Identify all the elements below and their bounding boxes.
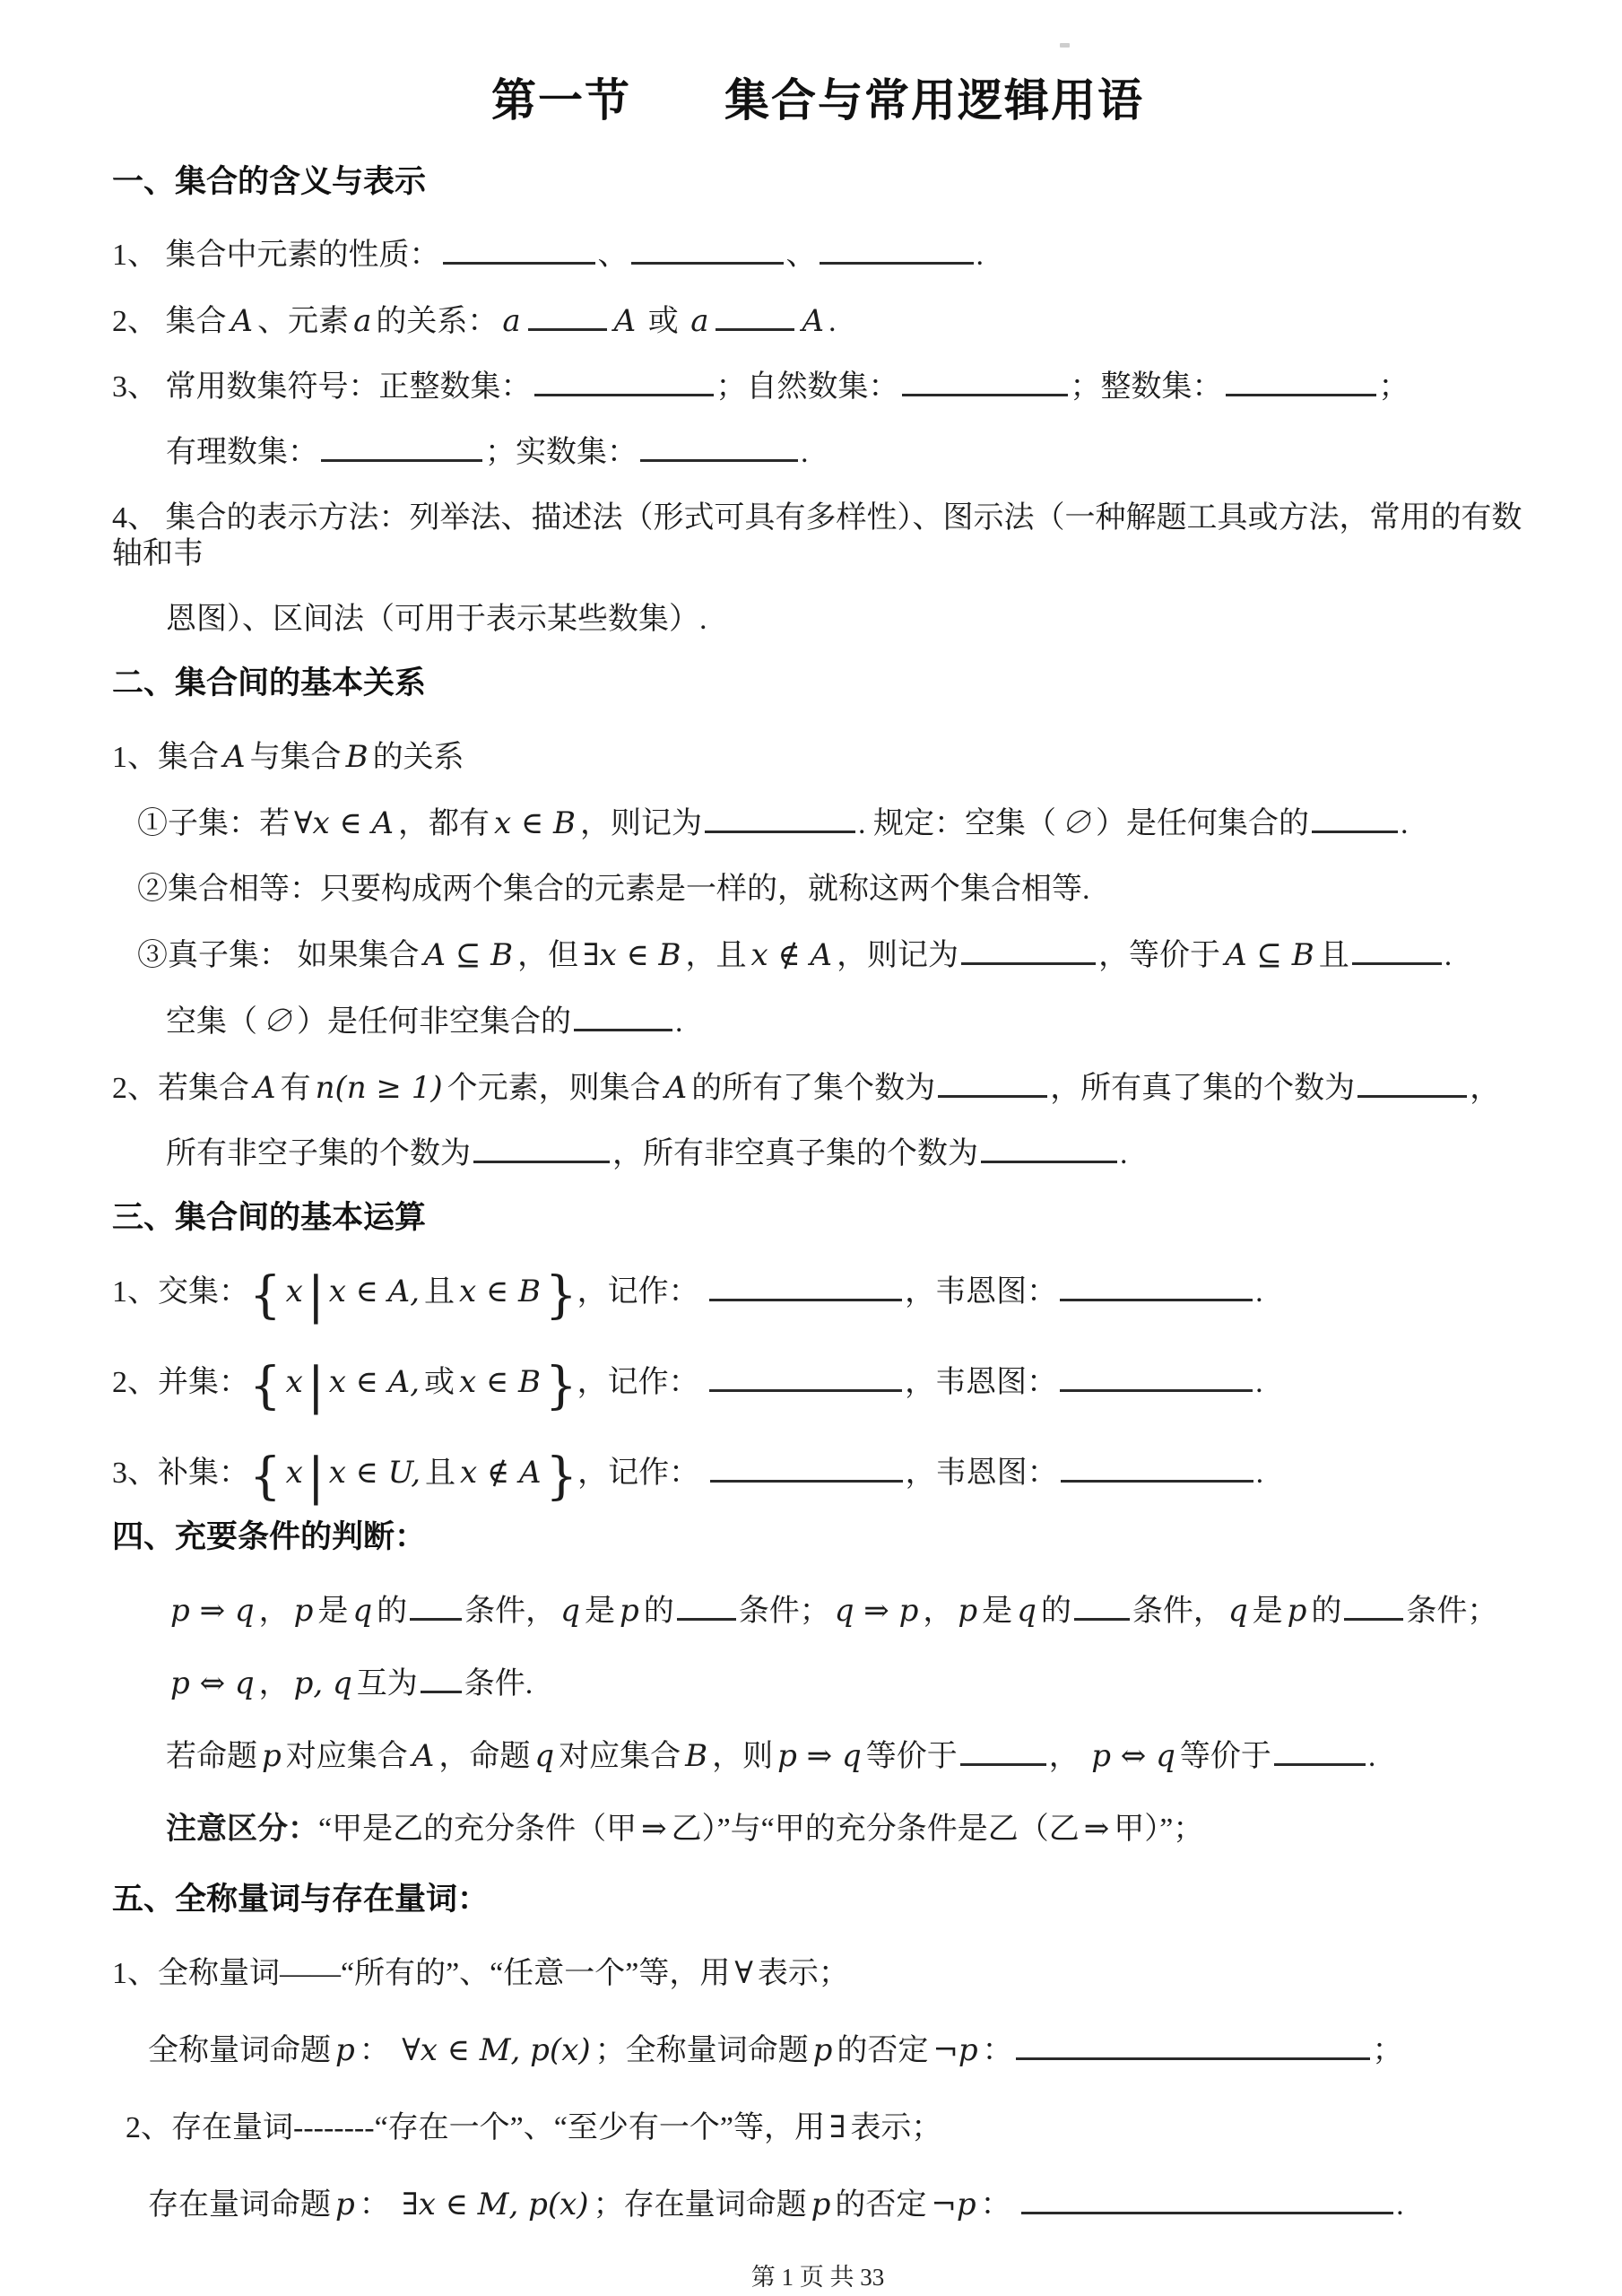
fill-in-blank	[410, 1607, 462, 1621]
math-run: ⇒	[637, 1811, 672, 1847]
math-run: x ∈ B	[455, 1274, 545, 1309]
math-run: ∃x ∈ M, p(x)	[397, 2187, 593, 2222]
worksheet-line: 2、并集：{x|x ∈ A,或x ∈ B}，记作： ，韦恩图：.	[112, 1364, 1523, 1401]
text-run: ，记作：	[577, 1275, 707, 1309]
worksheet-line: ②集合相等：只要构成两个集合的元素是一样的，就称这两个集合相等.	[137, 872, 1523, 908]
text-run: ，命题	[438, 1740, 530, 1773]
text-run: 甲）”；	[1114, 1813, 1203, 1846]
text-run: .	[675, 1005, 683, 1039]
set-brace-glyph: {	[249, 1266, 282, 1325]
fill-in-blank	[1312, 820, 1398, 833]
text-run: .	[1444, 939, 1453, 972]
math-run: q	[1012, 1593, 1041, 1629]
text-run: 的关系：	[376, 305, 498, 338]
math-run: ¬p	[928, 2032, 982, 2068]
math-run: p	[331, 2032, 360, 2068]
text-run: ①子集：若	[137, 807, 290, 840]
text-run: 1、全称量词——“所有的”、“任意一个”等，用	[112, 1957, 730, 1990]
math-run: p	[331, 2187, 360, 2222]
section-4: 四、充要条件的判断：p ⇒ q，p是q的条件，q是p的条件；q ⇒ p，p是q的…	[112, 1521, 1523, 1848]
fill-in-blank	[1016, 2047, 1370, 2060]
math-run: a	[498, 303, 525, 339]
fill-in-blank	[961, 952, 1096, 965]
section-heading: 一、集合的含义与表示	[112, 166, 1523, 197]
text-run: 条件.	[464, 1667, 533, 1700]
text-run: 条件，	[464, 1595, 556, 1628]
fill-in-blank	[1226, 383, 1376, 396]
fill-in-blank	[1021, 2201, 1393, 2214]
section-heading: 五、全称量词与存在量词：	[112, 1883, 1523, 1915]
text-run: ，则记为	[580, 807, 702, 840]
worksheet-line: 有理数集：；实数集：.	[166, 435, 1523, 471]
fill-in-blank	[640, 448, 798, 462]
text-run: 存在量词命题	[148, 2188, 331, 2222]
math-run: ∀	[730, 1955, 758, 1991]
math-run: ∀x ∈ A	[290, 805, 398, 841]
text-run: ，都有	[398, 807, 490, 840]
math-run: q ⇒ p	[830, 1593, 924, 1629]
fill-in-blank	[705, 820, 855, 833]
math-run: p	[290, 1593, 318, 1629]
math-run: ∀x ∈ M, p(x)	[397, 2032, 594, 2068]
worksheet-line: 1、 集合中元素的性质：、、.	[112, 238, 1523, 274]
math-run: A	[227, 303, 258, 339]
text-run: ，记作：	[577, 1457, 707, 1490]
text-run: 有	[281, 1072, 311, 1105]
page-title: 第一节 集合与常用逻辑用语	[112, 76, 1523, 126]
text-run: 全称量词命题	[148, 2034, 331, 2067]
section-heading: 二、集合间的基本关系	[112, 667, 1523, 699]
math-run: a	[686, 303, 713, 339]
worksheet-line: 1、集合A与集合B的关系	[112, 739, 1523, 776]
worksheet-line: p ⇔ q，p, q互为条件.	[166, 1665, 1523, 1702]
math-run: ∅	[1056, 805, 1096, 841]
text-run: 条件；	[739, 1595, 830, 1628]
text-run: 且	[425, 1457, 455, 1490]
text-run: 是	[982, 1595, 1012, 1628]
worksheet-line: 2、 集合A、元素a的关系：aA 或 aA.	[112, 303, 1523, 340]
math-run: p ⇒ q	[773, 1738, 866, 1774]
set-brace-glyph: }	[546, 1448, 578, 1506]
text-run: 空集（	[166, 1005, 257, 1039]
text-run: 且	[1319, 939, 1349, 972]
text-run: 2、若集合	[112, 1072, 249, 1105]
math-run: x ∈ A,	[325, 1364, 424, 1400]
text-run: 1、 集合中元素的性质：	[112, 239, 440, 272]
math-run: p ⇒ q	[166, 1593, 259, 1629]
set-brace-glyph: |	[308, 1266, 325, 1325]
fill-in-blank	[938, 1084, 1047, 1098]
section-5: 五、全称量词与存在量词：1、全称量词——“所有的”、“任意一个”等，用∀表示；全…	[112, 1883, 1523, 2223]
math-run: q	[1224, 1593, 1253, 1629]
math-run: x ∈ B	[455, 1364, 545, 1400]
text-run: ，韦恩图：	[905, 1275, 1057, 1309]
text-run: ，记作：	[577, 1366, 707, 1399]
fill-in-blank	[960, 1752, 1046, 1766]
text-run: 个元素，则集合	[447, 1072, 661, 1105]
worksheet-line: 2、存在量词--------“存在一个”、“至少有一个”等，用∃表示；	[126, 2109, 1523, 2146]
fill-in-blank	[710, 1469, 903, 1483]
section-1: 一、集合的含义与表示1、 集合中元素的性质：、、.2、 集合A、元素a的关系：a…	[112, 166, 1523, 638]
math-run: q	[530, 1738, 559, 1774]
fill-in-blank	[709, 1378, 902, 1392]
math-run: x ∈ B	[490, 805, 580, 841]
worksheet-line: 注意区分：“甲是乙的充分条件（甲⇒乙）”与“甲的充分条件是乙（乙⇒甲）”；	[166, 1811, 1523, 1848]
text-run: ，则记为	[837, 939, 958, 972]
fill-in-blank	[902, 383, 1068, 396]
math-run: B	[681, 1738, 712, 1774]
text-run: ；自然数集：	[716, 370, 899, 404]
page-content: 第一节 集合与常用逻辑用语 一、集合的含义与表示1、 集合中元素的性质：、、.2…	[0, 0, 1622, 2291]
text-run: 是	[1253, 1595, 1283, 1628]
text-run: .	[1396, 2188, 1404, 2222]
worksheet-line: ①子集：若∀x ∈ A，都有x ∈ B，则记为. 规定：空集（∅）是任何集合的.	[137, 805, 1523, 842]
text-run: 条件，	[1132, 1595, 1224, 1628]
set-brace-glyph: {	[249, 1357, 282, 1415]
worksheet-line: 全称量词命题p： ∀x ∈ M, p(x)；全称量词命题p的否定¬p：；	[148, 2032, 1523, 2069]
smudge-mark	[1060, 43, 1070, 48]
math-run: p	[615, 1593, 644, 1629]
text-run: 的	[377, 1595, 407, 1628]
text-run: .	[801, 436, 809, 469]
worksheet-line: 2、若集合A有n(n ≥ 1)个元素，则集合A的所有了集个数为，所有真了集的个数…	[112, 1070, 1523, 1107]
worksheet-line: 4、 集合的表示方法：列举法、描述法（形式可具有多样性）、图示法（一种解题工具或…	[112, 500, 1523, 572]
text-run: ，韦恩图：	[905, 1366, 1057, 1399]
text-run: .	[1256, 1457, 1264, 1490]
math-run: A ⊆ B	[1220, 937, 1319, 973]
text-run: 若命题	[166, 1740, 257, 1773]
text-run: ；整数集：	[1071, 370, 1223, 404]
set-brace-glyph: }	[545, 1357, 577, 1415]
math-run: p ⇔ q	[166, 1665, 259, 1701]
text-run: 的	[644, 1595, 674, 1628]
fill-in-blank	[443, 251, 595, 265]
fill-in-blank	[421, 1680, 462, 1693]
math-run: B	[342, 739, 373, 775]
text-run: 或	[640, 305, 686, 338]
math-run: A	[610, 303, 641, 339]
math-run: q	[556, 1593, 585, 1629]
text-run: ，	[1049, 1740, 1088, 1773]
text-run: .	[1255, 1275, 1263, 1309]
text-run: ，	[923, 1595, 953, 1628]
math-run: A ⊆ B	[420, 937, 518, 973]
set-brace-glyph: {	[249, 1448, 282, 1506]
math-run: x ∉ A	[747, 937, 837, 973]
text-run: 的关系	[373, 741, 464, 774]
fill-in-blank	[677, 1607, 736, 1621]
bold-run: 注意区分：	[166, 1812, 318, 1846]
section-2: 二、集合间的基本关系1、集合A与集合B的关系①子集：若∀x ∈ A，都有x ∈ …	[112, 667, 1523, 1172]
text-run: 对应集合	[286, 1740, 408, 1773]
worksheet-line: ③真子集： 如果集合A ⊆ B，但∃x ∈ B，且x ∉ A，则记为，等价于A …	[137, 937, 1523, 974]
text-run: 4、 集合的表示方法：列举法、描述法（形式可具有多样性）、图示法（一种解题工具或…	[112, 501, 1522, 570]
text-run: 3、 常用数集符号：正整数集：	[112, 370, 532, 404]
worksheet-line: 若命题p对应集合A，命题q对应集合B，则p ⇒ q等价于， p ⇔ q等价于.	[166, 1738, 1523, 1775]
text-run: 等价于	[866, 1740, 958, 1773]
worksheet-line: 3、 常用数集符号：正整数集：；自然数集：；整数集：；	[112, 370, 1523, 405]
text-run: 对应集合	[559, 1740, 681, 1773]
text-run: 或	[424, 1366, 455, 1399]
math-run: p	[1283, 1593, 1312, 1629]
math-run: p	[953, 1593, 982, 1629]
text-run: 是	[585, 1595, 615, 1628]
section-heading: 四、充要条件的判断：	[112, 1521, 1523, 1552]
text-run: 是	[317, 1595, 348, 1628]
text-run: ，但	[517, 939, 578, 972]
text-run: 的	[1041, 1595, 1071, 1628]
text-run: ：	[360, 2034, 398, 2067]
text-run: ，所有真了集的个数为	[1050, 1072, 1355, 1105]
worksheet-sections: 一、集合的含义与表示1、 集合中元素的性质：、、.2、 集合A、元素a的关系：a…	[112, 166, 1523, 2223]
text-run: . 规定：空集（	[858, 807, 1056, 840]
section-3: 三、集合间的基本运算1、交集：{x|x ∈ A,且x ∈ B}，记作： ，韦恩图…	[112, 1202, 1523, 1492]
fill-in-blank	[534, 383, 714, 396]
text-run: .	[1368, 1740, 1376, 1773]
fill-in-blank	[574, 1018, 672, 1031]
text-run: ；	[1373, 2034, 1403, 2067]
worksheet-line: 1、全称量词——“所有的”、“任意一个”等，用∀表示；	[112, 1955, 1523, 1992]
text-run: 的否定	[837, 2034, 928, 2067]
fill-in-blank	[1357, 1084, 1467, 1098]
math-run: A	[661, 1070, 692, 1106]
math-run: A	[219, 739, 250, 775]
set-brace-glyph: |	[308, 1357, 325, 1415]
document-page: 第一节 集合与常用逻辑用语 一、集合的含义与表示1、 集合中元素的性质：、、.2…	[0, 0, 1622, 2296]
fill-in-blank	[981, 1150, 1117, 1163]
math-run: x ∉ A	[455, 1455, 546, 1491]
text-run: 1、交集：	[112, 1275, 249, 1309]
math-run: n(n ≥ 1)	[311, 1070, 447, 1106]
text-run: ，	[259, 1667, 290, 1700]
math-run: x ∈ U,	[325, 1455, 425, 1491]
text-run: .	[1255, 1366, 1263, 1399]
math-run: ∃x ∈ B	[578, 937, 685, 973]
text-run: 1、集合	[112, 741, 219, 774]
text-run: 、	[786, 239, 817, 272]
text-run: ③真子集： 如果集合	[137, 939, 420, 972]
math-run: ¬p	[926, 2187, 980, 2222]
math-run: p, q	[290, 1665, 357, 1701]
text-run: 、	[598, 239, 629, 272]
text-run: ，所有非空真子集的个数为	[612, 1137, 978, 1170]
text-run: ）是任何集合的	[1096, 807, 1309, 840]
text-run: 的	[1311, 1595, 1341, 1628]
text-run: 且	[424, 1275, 455, 1309]
text-run: .	[1120, 1137, 1128, 1170]
text-run: .	[828, 305, 837, 338]
text-run: ；存在量词命题	[594, 2188, 807, 2222]
fill-in-blank	[1274, 1752, 1366, 1766]
text-run: 与集合	[250, 741, 342, 774]
worksheet-line: 空集（∅）是任何非空集合的.	[166, 1004, 1523, 1040]
math-run: A	[797, 303, 828, 339]
text-run: ：	[983, 2034, 1013, 2067]
math-run: ∃	[825, 2109, 850, 2145]
fill-in-blank	[820, 251, 974, 265]
text-run: ，	[1470, 1072, 1500, 1105]
worksheet-line: 存在量词命题p： ∃x ∈ M, p(x)；存在量词命题p的否定¬p： .	[148, 2187, 1523, 2223]
text-run: 恩图）、区间法（可用于表示某些数集）.	[166, 603, 707, 636]
math-run: a	[349, 303, 376, 339]
text-run: ）是任何非空集合的	[297, 1005, 571, 1039]
text-run: 2、 集合	[112, 305, 227, 338]
math-run: x	[282, 1274, 308, 1309]
math-run: q	[348, 1593, 377, 1629]
fill-in-blank	[1074, 1607, 1130, 1621]
text-run: 等价于	[1180, 1740, 1271, 1773]
text-run: 的否定	[835, 2188, 926, 2222]
text-run: 2、并集：	[112, 1366, 249, 1399]
text-run: ，则	[712, 1740, 773, 1773]
text-run: ②集合相等：只要构成两个集合的元素是一样的，就称这两个集合相等.	[137, 873, 1090, 906]
text-run: 条件；	[1406, 1595, 1497, 1628]
fill-in-blank	[1061, 1469, 1253, 1483]
math-run: p	[807, 2187, 836, 2222]
math-run: A	[408, 1738, 439, 1774]
page-footer: 第 1 页 共 33	[112, 2264, 1523, 2291]
fill-in-blank	[321, 448, 482, 462]
text-run: ；	[1379, 370, 1409, 404]
math-run: x ∈ A,	[325, 1274, 424, 1309]
text-run: .	[1401, 807, 1409, 840]
text-run: 所有非空子集的个数为	[166, 1137, 471, 1170]
math-run: ⇒	[1080, 1811, 1115, 1847]
math-run: x	[282, 1364, 308, 1400]
text-run: ；全称量词命题	[595, 2034, 809, 2067]
text-run: ，	[259, 1595, 290, 1628]
math-run: x	[282, 1455, 308, 1491]
fill-in-blank	[1060, 1378, 1253, 1392]
math-run: p	[257, 1738, 286, 1774]
text-run: 互为	[357, 1667, 418, 1700]
text-run: ；实数集：	[485, 436, 638, 469]
math-run: ∅	[257, 1004, 297, 1039]
text-run: 2、存在量词--------“存在一个”、“至少有一个”等，用	[126, 2111, 825, 2144]
text-run: ：	[360, 2188, 398, 2222]
text-run: ，等价于	[1098, 939, 1220, 972]
text-run: 表示；	[850, 2111, 941, 2144]
text-run: ，韦恩图：	[906, 1457, 1058, 1490]
text-run: 的所有了集个数为	[691, 1072, 935, 1105]
fill-in-blank	[631, 251, 784, 265]
text-run: 3、补集：	[112, 1457, 249, 1490]
text-run: ：	[981, 2188, 1019, 2222]
text-run: 有理数集：	[166, 436, 318, 469]
text-run: 、元素	[257, 305, 349, 338]
set-brace-glyph: |	[308, 1448, 325, 1506]
worksheet-line: 所有非空子集的个数为，所有非空真子集的个数为.	[166, 1136, 1523, 1172]
fill-in-blank	[528, 317, 607, 331]
math-run: p	[809, 2032, 837, 2068]
math-run: A	[249, 1070, 281, 1106]
text-run: ，且	[686, 939, 747, 972]
text-run: .	[976, 239, 984, 272]
worksheet-line: 1、交集：{x|x ∈ A,且x ∈ B}，记作： ，韦恩图：.	[112, 1274, 1523, 1310]
text-run: “甲是乙的充分条件（甲	[318, 1813, 637, 1846]
worksheet-line: 恩图）、区间法（可用于表示某些数集）.	[166, 602, 1523, 638]
section-heading: 三、集合间的基本运算	[112, 1202, 1523, 1233]
fill-in-blank	[1344, 1607, 1403, 1621]
math-run: p ⇔ q	[1087, 1738, 1180, 1774]
worksheet-line: 3、补集：{x|x ∈ U,且x ∉ A}，记作： ，韦恩图：.	[112, 1455, 1523, 1492]
fill-in-blank	[709, 1288, 902, 1301]
text-run: 乙）”与“甲的充分条件是乙（乙	[672, 1813, 1080, 1846]
fill-in-blank	[473, 1150, 610, 1163]
fill-in-blank	[1060, 1288, 1253, 1301]
fill-in-blank	[716, 317, 794, 331]
text-run: 表示；	[758, 1957, 849, 1990]
set-brace-glyph: }	[545, 1266, 577, 1325]
fill-in-blank	[1352, 952, 1442, 965]
worksheet-line: p ⇒ q，p是q的条件，q是p的条件；q ⇒ p，p是q的条件，q是p的条件；	[166, 1593, 1523, 1630]
